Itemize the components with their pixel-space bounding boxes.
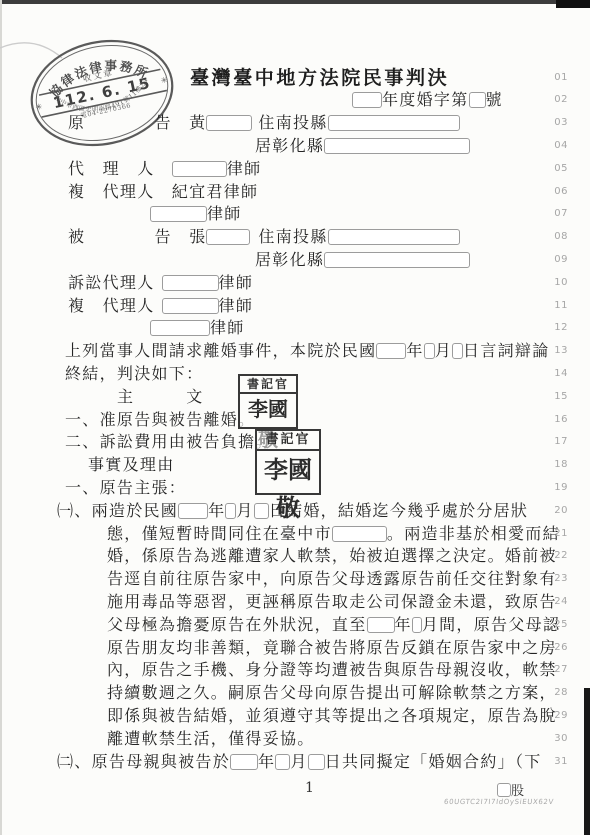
text-run: 年 — [406, 341, 423, 360]
document-line: 年度婚字第號 — [352, 89, 503, 112]
scanned-judgment-page: 協律法律事務所 收文章 112. 6. 15 電04-2270366 台中市西區… — [0, 0, 590, 835]
line-number: 27 — [542, 659, 568, 681]
text-run: 住南投縣 — [258, 227, 327, 246]
document-line: 態，僅短暫時間同住在臺中市。兩造非基於相愛而結 — [107, 523, 560, 546]
text-run: 主 文 — [117, 387, 204, 406]
document-line: 內，原告之手機、身分證等均遭被告與原告母親沒收，軟禁 — [107, 659, 557, 682]
text-run: 年 — [208, 501, 225, 520]
scan-top-edge-artifact — [0, 0, 590, 4]
text-run: 原告朋友均非善類，竟聯合被告將原告反鎖在原告家中之房 — [107, 638, 557, 657]
text-run: 原 告 黃 — [68, 113, 206, 132]
law-office-receipt-stamp: 協律法律事務所 收文章 112. 6. 15 電04-2270366 台中市西區… — [24, 32, 180, 154]
line-number: 31 — [542, 751, 568, 773]
text-run: 臺灣臺中地方法院民事判決 — [190, 67, 449, 89]
division-label: 股 — [511, 784, 525, 799]
text-run: 複 代理人 紀宜君律師 — [68, 182, 258, 201]
redaction-box — [172, 161, 227, 177]
redaction-box — [206, 229, 250, 245]
document-line: 父母極為擔憂原告在外狀況，直至年月間，原告父母認 — [107, 614, 560, 637]
text-run: 日言詞辯論 — [463, 341, 550, 360]
redaction-box — [376, 343, 406, 359]
document-line: ㈡、原告母親與被告於年月日共同擬定「婚姻合約」（下 — [57, 751, 542, 774]
redaction-box — [424, 343, 435, 359]
redaction-box — [308, 754, 325, 770]
redaction-box — [352, 92, 382, 108]
text-run: 訴訟代理人 — [68, 273, 155, 292]
line-number: 26 — [542, 637, 568, 659]
text-run: 年 — [395, 615, 412, 634]
line-number: 08 — [542, 226, 568, 248]
text-run: 代 理 人 — [68, 159, 172, 178]
document-line: 訴訟代理人律師 — [68, 272, 253, 295]
text-run: 終結，判決如下： — [65, 364, 203, 383]
redaction-box — [206, 115, 252, 131]
line-number: 05 — [542, 158, 568, 180]
line-number: 20 — [542, 500, 568, 522]
text-run: 婚，係原告為逃離遭家人軟禁，始被迫選擇之決定。婚前被 — [107, 546, 557, 565]
clerk-stamp-name: 李國敬 — [257, 451, 319, 527]
text-run: 複 代理人 — [68, 296, 155, 315]
page-number: 1 — [305, 780, 314, 796]
text-run: 被 告 張 — [68, 227, 206, 246]
stamp-ornament-left: ✳ — [35, 102, 44, 112]
line-number: 12 — [542, 317, 568, 339]
line-number: 25 — [542, 614, 568, 636]
line-number: 28 — [542, 682, 568, 704]
document-line: 上列當事人間請求離婚事件，本院於民國年月日言詞辯論 — [65, 340, 550, 363]
text-run: 離遭軟禁生活，僅得妥協。 — [107, 729, 315, 748]
line-number: 10 — [542, 272, 568, 294]
line-number: 30 — [542, 728, 568, 750]
text-run: 日共同擬定「婚姻合約」（下 — [325, 752, 542, 771]
redaction-box — [162, 298, 219, 314]
line-number: 18 — [542, 454, 568, 476]
line-number: 15 — [542, 386, 568, 408]
text-run: 一、原告主張： — [65, 478, 186, 497]
line-number: 01 — [542, 67, 568, 89]
document-line: 告逕自前往原告家中，向原告父母透露原告前任交往對象有 — [107, 568, 557, 591]
document-line: 居彰化縣 — [255, 135, 470, 158]
text-run: 律師 — [210, 318, 245, 337]
text-run: 號 — [486, 90, 503, 109]
text-run: 即係與被告結婚，並須遵守其等提出之各項規定，原告為脫 — [107, 706, 557, 725]
text-run: 年 — [258, 752, 275, 771]
text-run: 。兩造非基於相愛而結 — [387, 524, 560, 543]
clerk-stamp-title: 書記官 — [257, 431, 319, 451]
document-line: 一、准原告與被告離婚。 — [65, 409, 255, 432]
line-number: 03 — [542, 112, 568, 134]
document-line: 主 文 — [117, 386, 204, 409]
clerk-stamp-1: 書記官 李國敬 — [238, 374, 298, 429]
line-number: 16 — [542, 409, 568, 431]
text-run: 父母極為擔憂原告在外狀況，直至 — [107, 615, 367, 634]
line-number: 04 — [542, 135, 568, 157]
text-run: 月間，原告父母認 — [422, 615, 560, 634]
line-number: 09 — [542, 249, 568, 271]
stamp-ornament-right: ✳ — [160, 75, 169, 85]
text-run: 月 — [236, 501, 253, 520]
spacer — [155, 310, 162, 311]
text-run: 住南投縣 — [258, 113, 327, 132]
document-line: 複 代理人 紀宜君律師 — [68, 181, 258, 204]
redaction-box — [328, 229, 460, 245]
text-run: 律師 — [207, 204, 242, 223]
redaction-box — [225, 503, 236, 519]
document-line: 施用毒品等惡習，更誣稱原告取走公司保證金未還，致原告 — [107, 591, 557, 614]
line-number: 07 — [542, 203, 568, 225]
line-number: 17 — [542, 431, 568, 453]
text-run: ㈡、原告母親與被告於 — [57, 752, 230, 771]
text-run: 月 — [435, 341, 452, 360]
redaction-box — [328, 115, 460, 131]
redaction-box — [150, 320, 210, 336]
division-field: 股 — [497, 780, 525, 799]
redaction-box — [324, 252, 470, 268]
text-run: 事實及理由 — [88, 455, 175, 474]
redaction-box — [469, 92, 486, 108]
text-run: 內，原告之手機、身分證等均遭被告與原告母親沒收，軟禁 — [107, 660, 557, 679]
redaction-box — [150, 206, 207, 222]
document-line: 離遭軟禁生活，僅得妥協。 — [107, 728, 315, 751]
footer-verification-code: 60UGTC2I7I7IdOySiEUX62V — [444, 798, 555, 806]
text-run: 年度婚字第 — [382, 90, 469, 109]
line-number: 23 — [542, 568, 568, 590]
scan-top-right-artifact — [556, 0, 590, 8]
clerk-stamp-2: 書記官 李國敬 — [255, 429, 321, 495]
scan-left-edge-artifact — [0, 0, 2, 835]
scan-right-edge-artifact — [584, 688, 590, 835]
redaction-box — [178, 503, 208, 519]
text-run: 持續數週之久。嗣原告父母向原告提出可解除軟禁之方案， — [107, 683, 557, 702]
text-run: 月 — [290, 752, 307, 771]
document-line: 婚，係原告為逃離遭家人軟禁，始被迫選擇之決定。婚前被 — [107, 545, 557, 568]
text-run: 律師 — [227, 159, 262, 178]
clerk-stamp-title: 書記官 — [240, 376, 296, 394]
document-line: 終結，判決如下： — [65, 363, 203, 386]
text-run: 上列當事人間請求離婚事件，本院於民國 — [65, 341, 376, 360]
line-number: 11 — [542, 295, 568, 317]
line-number: 13 — [542, 340, 568, 362]
document-line: 被 告 張住南投縣 — [68, 226, 460, 249]
document-line: 原告朋友均非善類，竟聯合被告將原告反鎖在原告家中之房 — [107, 637, 557, 660]
document-line: 一、原告主張： — [65, 477, 186, 500]
document-line: 律師 — [150, 317, 245, 340]
line-number: 21 — [542, 523, 568, 545]
document-line: 事實及理由 — [88, 454, 175, 477]
text-run: 施用毒品等惡習，更誣稱原告取走公司保證金未還，致原告 — [107, 592, 557, 611]
redaction-box — [452, 343, 463, 359]
text-run: 告逕自前往原告家中，向原告父母透露原告前任交往對象有 — [107, 569, 557, 588]
text-run: ㈠、兩造於民國 — [57, 501, 178, 520]
document-line: 代 理 人 律師 — [68, 158, 261, 181]
document-line: 律師 — [150, 203, 242, 226]
line-number: 22 — [542, 545, 568, 567]
spacer — [155, 287, 162, 288]
document-line: 持續數週之久。嗣原告父母向原告提出可解除軟禁之方案， — [107, 682, 557, 705]
text-run: 一、准原告與被告離婚。 — [65, 410, 255, 429]
document-title: 臺灣臺中地方法院民事判決 — [190, 67, 449, 90]
line-number: 24 — [542, 591, 568, 613]
text-run: 居彰化縣 — [255, 250, 324, 269]
text-run: 居彰化縣 — [255, 136, 324, 155]
document-line: 居彰化縣 — [255, 249, 470, 272]
redaction-box — [367, 617, 395, 633]
redaction-box — [162, 275, 219, 291]
text-run: 律師 — [219, 296, 254, 315]
line-number: 19 — [542, 477, 568, 499]
redaction-box — [275, 754, 290, 770]
document-line: 原 告 黃住南投縣 — [68, 112, 460, 135]
text-run: 律師 — [219, 273, 254, 292]
document-line: 即係與被告結婚，並須遵守其等提出之各項規定，原告為脫 — [107, 705, 557, 728]
document-line: 複 代理人律師 — [68, 295, 253, 318]
redaction-box — [230, 754, 258, 770]
redaction-box — [332, 526, 387, 542]
line-number: 14 — [542, 363, 568, 385]
line-number: 02 — [542, 89, 568, 111]
line-number: 06 — [542, 181, 568, 203]
division-redaction-box — [497, 783, 511, 797]
redaction-box — [324, 138, 470, 154]
line-number: 29 — [542, 705, 568, 727]
redaction-box — [412, 617, 422, 633]
